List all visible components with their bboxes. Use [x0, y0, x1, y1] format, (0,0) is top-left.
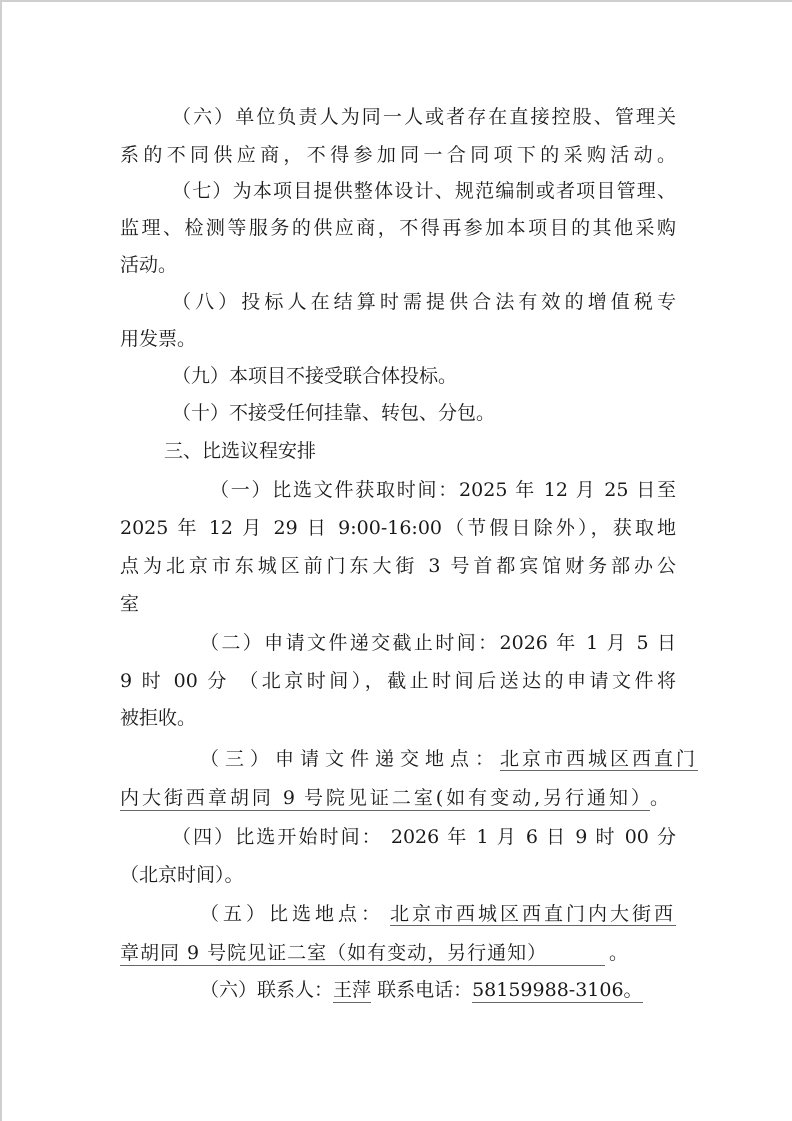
paragraph-line: 点为北京市东城区前门东大街 3 号首都宾馆财务部办公 — [120, 554, 676, 578]
paragraph-line: （十）不接受任何挂靠、转包、分包。 — [172, 401, 495, 425]
paragraph-line: （一）比选文件获取时间：2025 年 12 月 25 日至 — [210, 478, 676, 502]
paragraph-line: （三）申请文件递交地点： 北京市西城区西直门 — [200, 747, 676, 771]
label: （五）比选地点： — [200, 902, 384, 926]
section-heading: 三、比选议程安排 — [164, 439, 316, 463]
paragraph-line: （六）单位负责人为同一人或者存在直接控股、管理关 — [172, 105, 676, 129]
contact-phone: 58159988-3106。 — [472, 978, 642, 1003]
paragraph-line: 内大街西章胡同 9 号院见证二室(如有变动,另行通知）。 — [120, 786, 676, 810]
punctuation: 。 — [650, 787, 669, 809]
paragraph-line: 系的不同供应商，不得参加同一合同项下的采购活动。 — [120, 143, 676, 167]
submission-address: 北京市西城区西直门 — [500, 747, 698, 771]
paragraph-line: 室 — [120, 592, 139, 616]
selection-venue: 北京市西城区西直门内大街西 — [390, 902, 676, 926]
label: （六）联系人： — [200, 979, 333, 1001]
paragraph-line: 2025 年 12 月 29 日 9:00-16:00（节假日除外），获取地 — [120, 516, 676, 540]
paragraph-line: 活动。 — [120, 253, 177, 277]
selection-venue-cont: 章胡同 9 号院见证二室（如有变动，另行通知） — [120, 941, 605, 966]
paragraph-line: （四）比选开始时间： 2026 年 1 月 6 日 9 时 00 分 — [172, 825, 676, 849]
paragraph-line: （五）比选地点： 北京市西城区西直门内大街西 — [200, 902, 676, 926]
paragraph-line: （二）申请文件递交截止时间：2026 年 1 月 5 日 — [200, 631, 676, 655]
paragraph-line: （八）投标人在结算时需提供合法有效的增值税专 — [172, 290, 676, 314]
punctuation: 。 — [609, 942, 628, 964]
label: 联系电话： — [371, 979, 472, 1001]
contact-name: 王萍 — [333, 978, 371, 1003]
label: （三）申请文件递交地点： — [200, 747, 500, 771]
paragraph-line: 被拒收。 — [120, 706, 196, 730]
paragraph-line: 用发票。 — [120, 327, 196, 351]
paragraph-line: 监理、检测等服务的供应商，不得再参加本项目的其他采购 — [120, 216, 676, 240]
submission-address-cont: 内大街西章胡同 9 号院见证二室(如有变动,另行通知） — [120, 786, 650, 811]
paragraph-line: （九）本项目不接受联合体投标。 — [172, 364, 457, 388]
paragraph-line: 9 时 00 分 （北京时间），截止时间后送达的申请文件将 — [120, 669, 676, 693]
contact-line: （六）联系人：王萍 联系电话：58159988-3106。 — [200, 978, 643, 1002]
paragraph-line: （七）为本项目提供整体设计、规范编制或者项目管理、 — [172, 179, 676, 203]
paragraph-line: 章胡同 9 号院见证二室（如有变动，另行通知） 。 — [120, 941, 676, 965]
paragraph-line: （北京时间）。 — [120, 863, 244, 887]
